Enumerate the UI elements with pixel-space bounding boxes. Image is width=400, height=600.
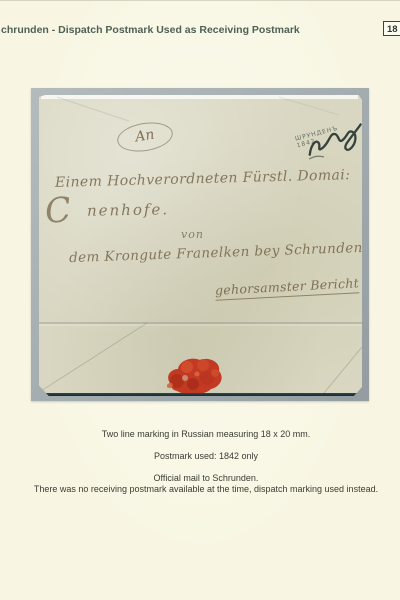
caption-official-mail: Official mail to Schrunden.	[12, 473, 400, 484]
caption-marking-size: Two line marking in Russian measuring 18…	[12, 429, 400, 440]
salutation-text: An	[134, 127, 155, 146]
connector-word: von	[181, 228, 204, 241]
album-page: chrunden - Dispatch Postmark Used as Rec…	[0, 0, 400, 600]
cover-envelope: An ШРУНДЕНЪ 1842 Einem Hochverordneten F…	[39, 95, 362, 396]
address-line-2: nenhofe.	[87, 200, 169, 219]
caption-postmark-used: Postmark used: 1842 only	[12, 451, 400, 462]
caption-no-receiving-postmark: There was no receiving postmark availabl…	[12, 484, 400, 495]
page-number: 18	[387, 24, 398, 35]
page-number-badge: 18	[383, 21, 400, 36]
exhibit-mount: An ШРУНДЕНЪ 1842 Einem Hochverordneten F…	[31, 88, 369, 401]
caption-block: Two line marking in Russian measuring 18…	[0, 429, 400, 495]
flourish-capital: C	[43, 190, 73, 233]
page-title: chrunden - Dispatch Postmark Used as Rec…	[1, 24, 300, 36]
envelope-bottom-shadow	[42, 393, 360, 396]
